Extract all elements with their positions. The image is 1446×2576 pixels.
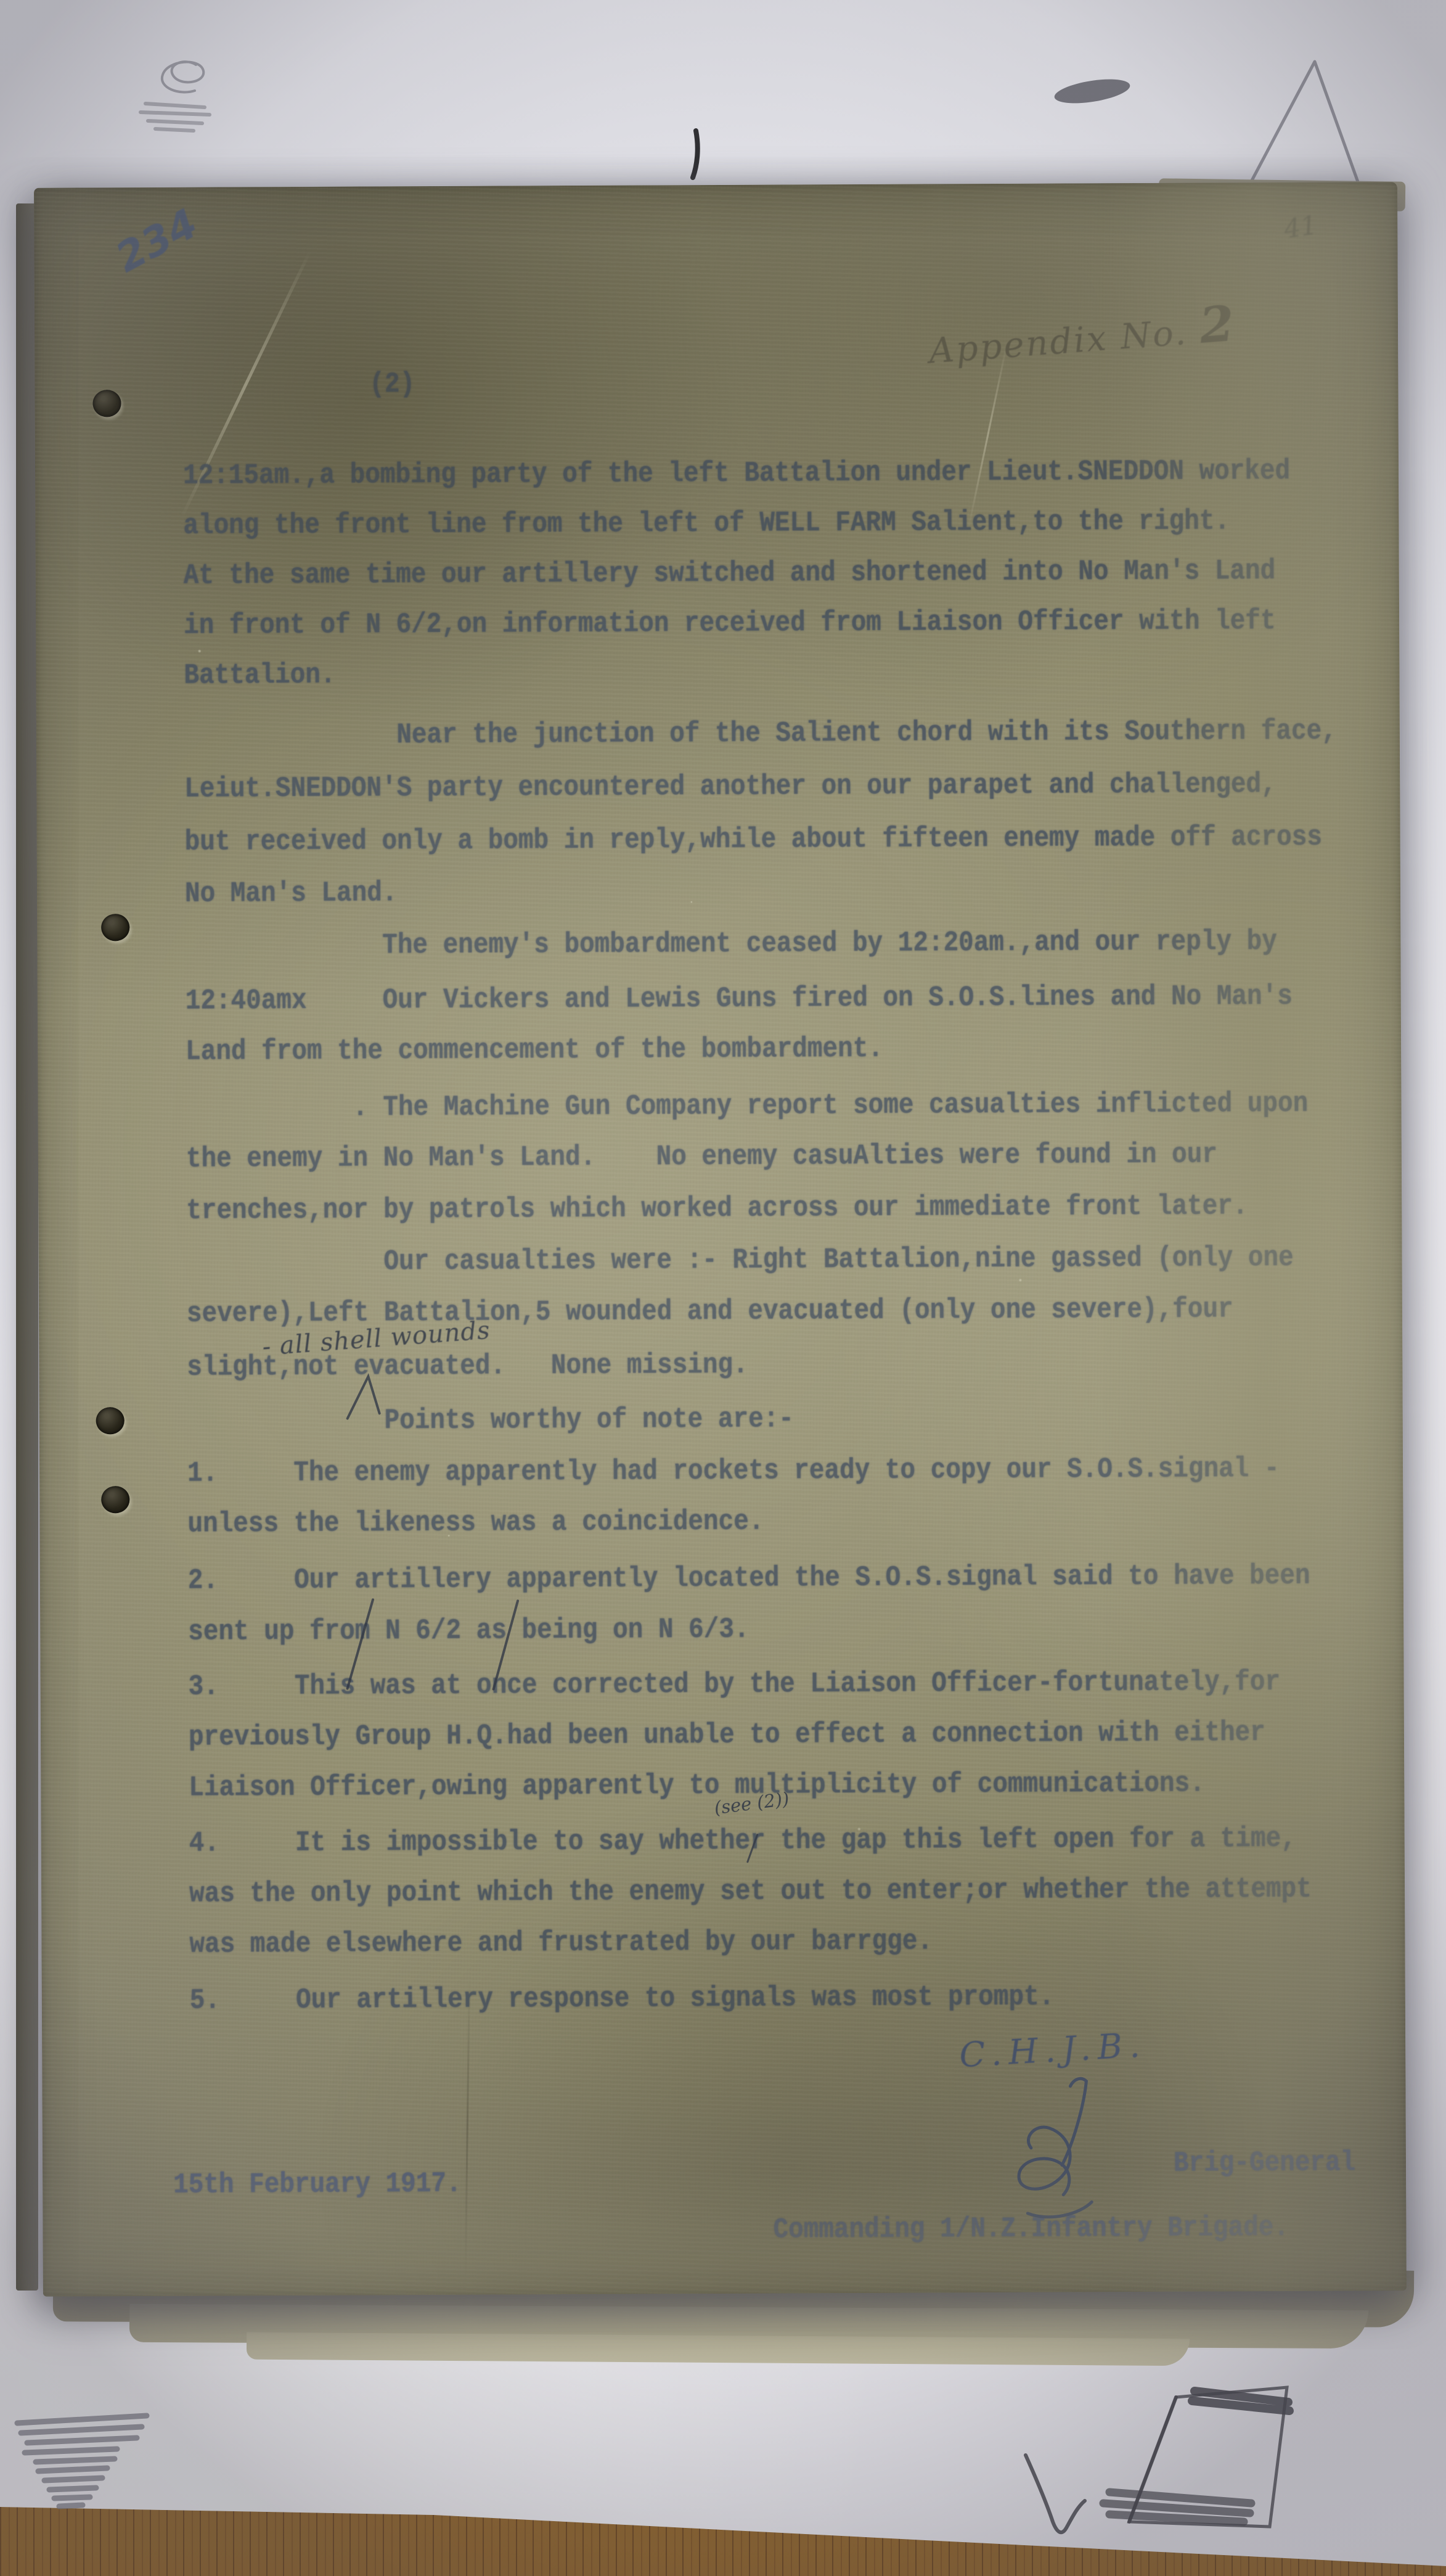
- typed-line: Points worthy of note are:-: [187, 1403, 794, 1438]
- corner-number-annotation: 234: [108, 200, 205, 282]
- paper-crease: [968, 340, 1008, 527]
- command-line: Commanding 1/N.Z.Infantry Brigade.: [773, 2212, 1289, 2246]
- punch-hole: [101, 914, 129, 941]
- appendix-label: Appendix No.: [928, 313, 1189, 372]
- typed-line: 12:15am.,a bombing party of the left Bat…: [183, 456, 1290, 492]
- typed-line: previously Group H.Q.had been unable to …: [189, 1717, 1265, 1754]
- typed-line: At the same time our artillery switched …: [184, 556, 1276, 592]
- typed-line: The enemy's bombardment ceased by 12:20a…: [185, 926, 1277, 962]
- typed-line: but received only a bomb in reply,while …: [185, 822, 1323, 859]
- signature-initials: C.H.J.B.: [958, 2025, 1148, 2075]
- date-line: 15th February 1917.: [173, 2168, 462, 2202]
- typed-line: Liaison Officer,owing apparently to mult…: [189, 1768, 1205, 1805]
- punch-hole: [96, 1407, 125, 1434]
- typed-line: Leiut.SNEDDON'S party encountered anothe…: [184, 769, 1276, 805]
- typed-line: trenches,nor by patrols which worked acr…: [186, 1191, 1248, 1227]
- typed-line: 3. This was at once corrected by the Lia…: [189, 1667, 1281, 1703]
- typed-line: was made elsewhere and frustrated by our…: [189, 1926, 933, 1961]
- typed-line: Our casualties were :- Right Battalion,n…: [187, 1242, 1294, 1279]
- scanned-document-page: 234 41 Appendix No. 2 (2) 12:15am.,a bom…: [34, 182, 1407, 2297]
- typed-line: severe),Left Battalion,5 wounded and eva…: [187, 1294, 1233, 1330]
- paper-crease: [464, 1974, 470, 2283]
- typed-line: slight,not evacuated. None missing.: [187, 1350, 748, 1384]
- typed-line: 2. Our artillery apparently located the …: [188, 1561, 1310, 1597]
- typed-line: Near the junction of the Salient chord w…: [184, 716, 1337, 753]
- typed-line: 1. The enemy apparently had rockets read…: [187, 1453, 1280, 1490]
- typed-line: 12:40amx Our Vickers and Lewis Guns fire…: [186, 981, 1293, 1017]
- photo-of-document: { "doc": { "corner_number": "234", "shee…: [0, 0, 1446, 2576]
- typed-line: 5. Our artillery response to signals was…: [190, 1982, 1055, 2017]
- typed-line: was the only point which the enemy set o…: [189, 1874, 1312, 1910]
- appendix-annotation: Appendix No. 2: [926, 294, 1236, 375]
- typed-line: in front of N 6/2,on information receive…: [184, 605, 1276, 642]
- page-number: (2): [369, 369, 415, 401]
- typed-line: along the front line from the left of WE…: [183, 506, 1230, 542]
- paper-fade-wash: [34, 182, 1407, 2297]
- typed-line: the enemy in No Man's Land. No enemy cas…: [186, 1139, 1217, 1175]
- typed-line: Land from the commencement of the bombar…: [186, 1033, 883, 1068]
- punch-hole: [101, 1486, 129, 1513]
- signature-mark: [1018, 2078, 1092, 2217]
- rank-line: Brig-General: [1174, 2147, 1355, 2180]
- ink-marks-layer: [34, 182, 1407, 2297]
- typed-line: . The Machine Gun Company report some ca…: [186, 1088, 1308, 1125]
- typed-line: 4. It is impossible to say whether the g…: [189, 1823, 1296, 1860]
- punch-hole: [92, 390, 121, 417]
- appendix-number: 2: [1198, 294, 1236, 355]
- pencil-sheet-number: 41: [1282, 210, 1319, 244]
- typed-line: sent up from N 6/2 as being on N 6/3.: [188, 1614, 750, 1648]
- typed-line: No Man's Land.: [185, 877, 398, 910]
- typed-line: unless the likeness was a coincidence.: [187, 1506, 764, 1541]
- typed-line: Battalion.: [184, 660, 335, 692]
